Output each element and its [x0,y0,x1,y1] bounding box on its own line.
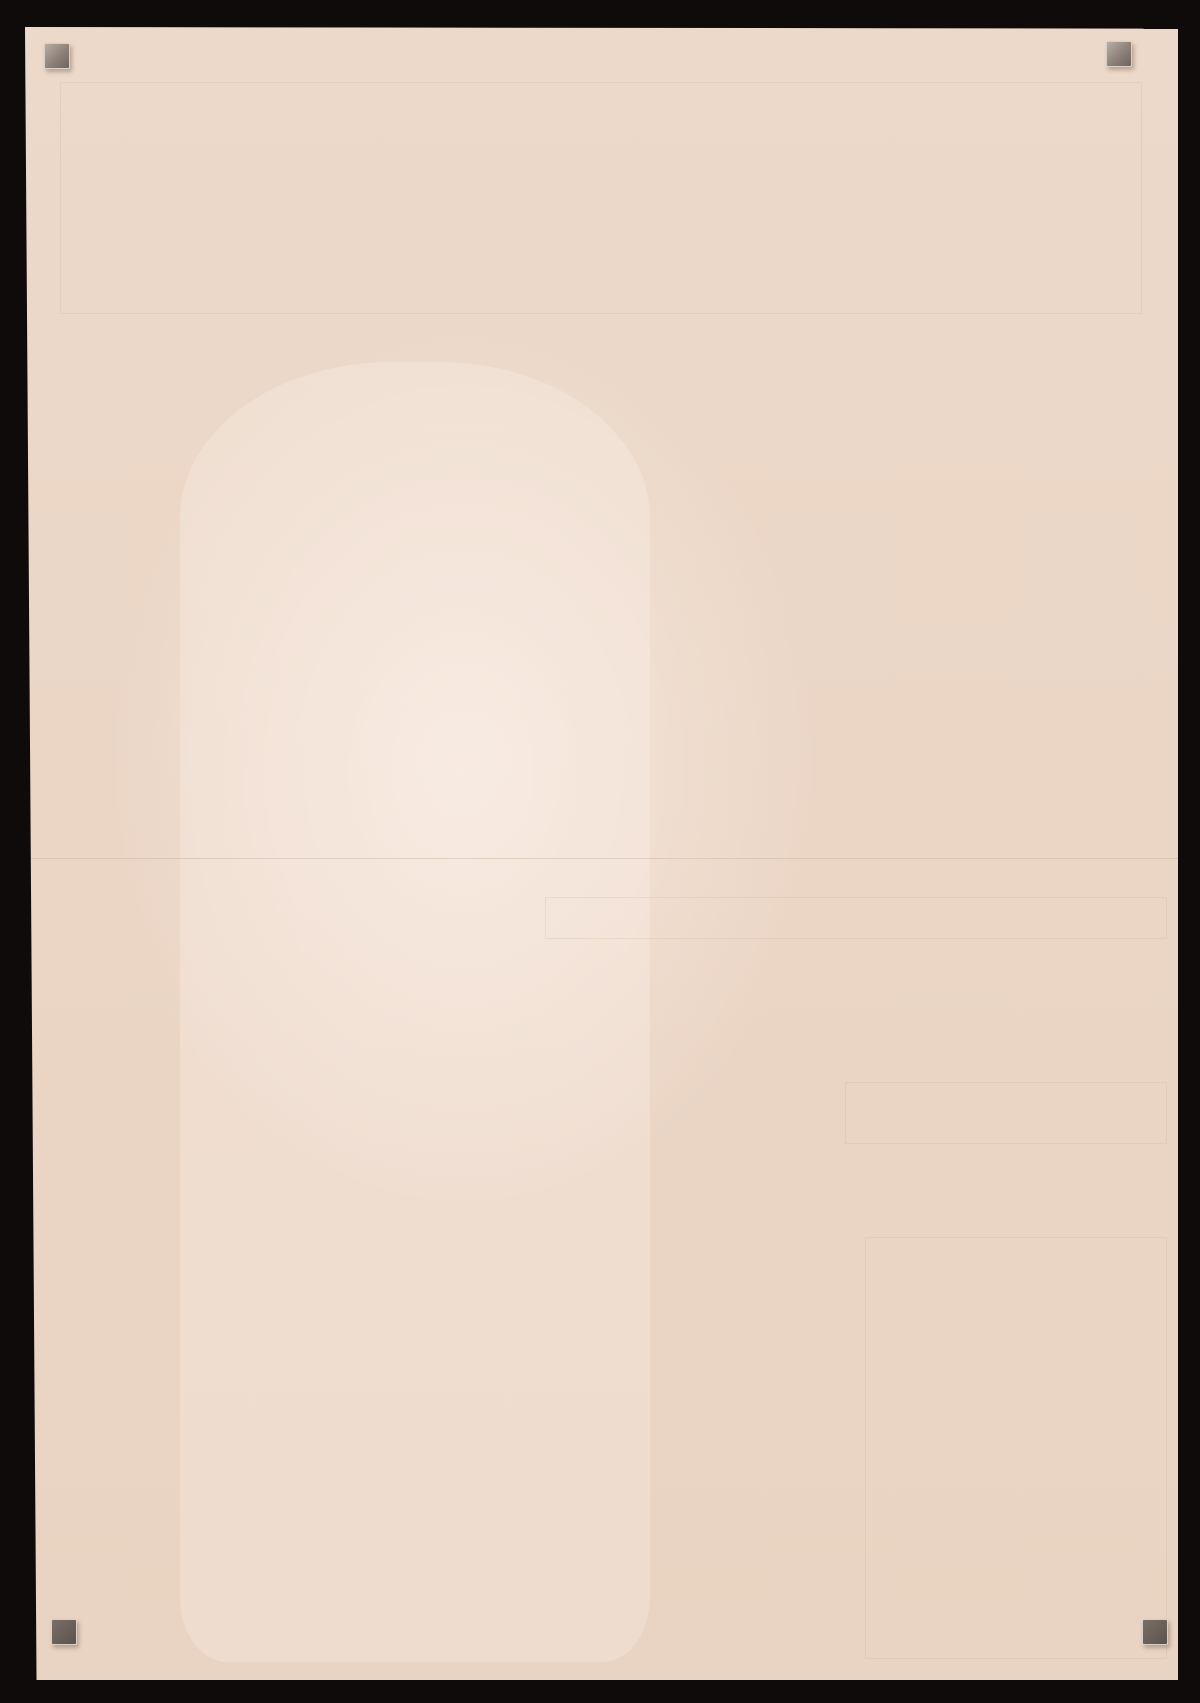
magnet-bottom-right [1142,1619,1168,1645]
bleed-through-figure [180,362,650,1662]
bleed-through-bottom-text [865,1237,1167,1659]
bleed-through-title-block [60,82,1142,314]
magnet-top-left [44,43,70,69]
poster-back [25,27,1178,1680]
bleed-through-credits-block [545,897,1167,939]
magnet-bottom-left [51,1619,77,1645]
magnet-top-right [1106,41,1132,67]
fold-line [25,858,1178,859]
bleed-through-name-block [845,1082,1167,1144]
